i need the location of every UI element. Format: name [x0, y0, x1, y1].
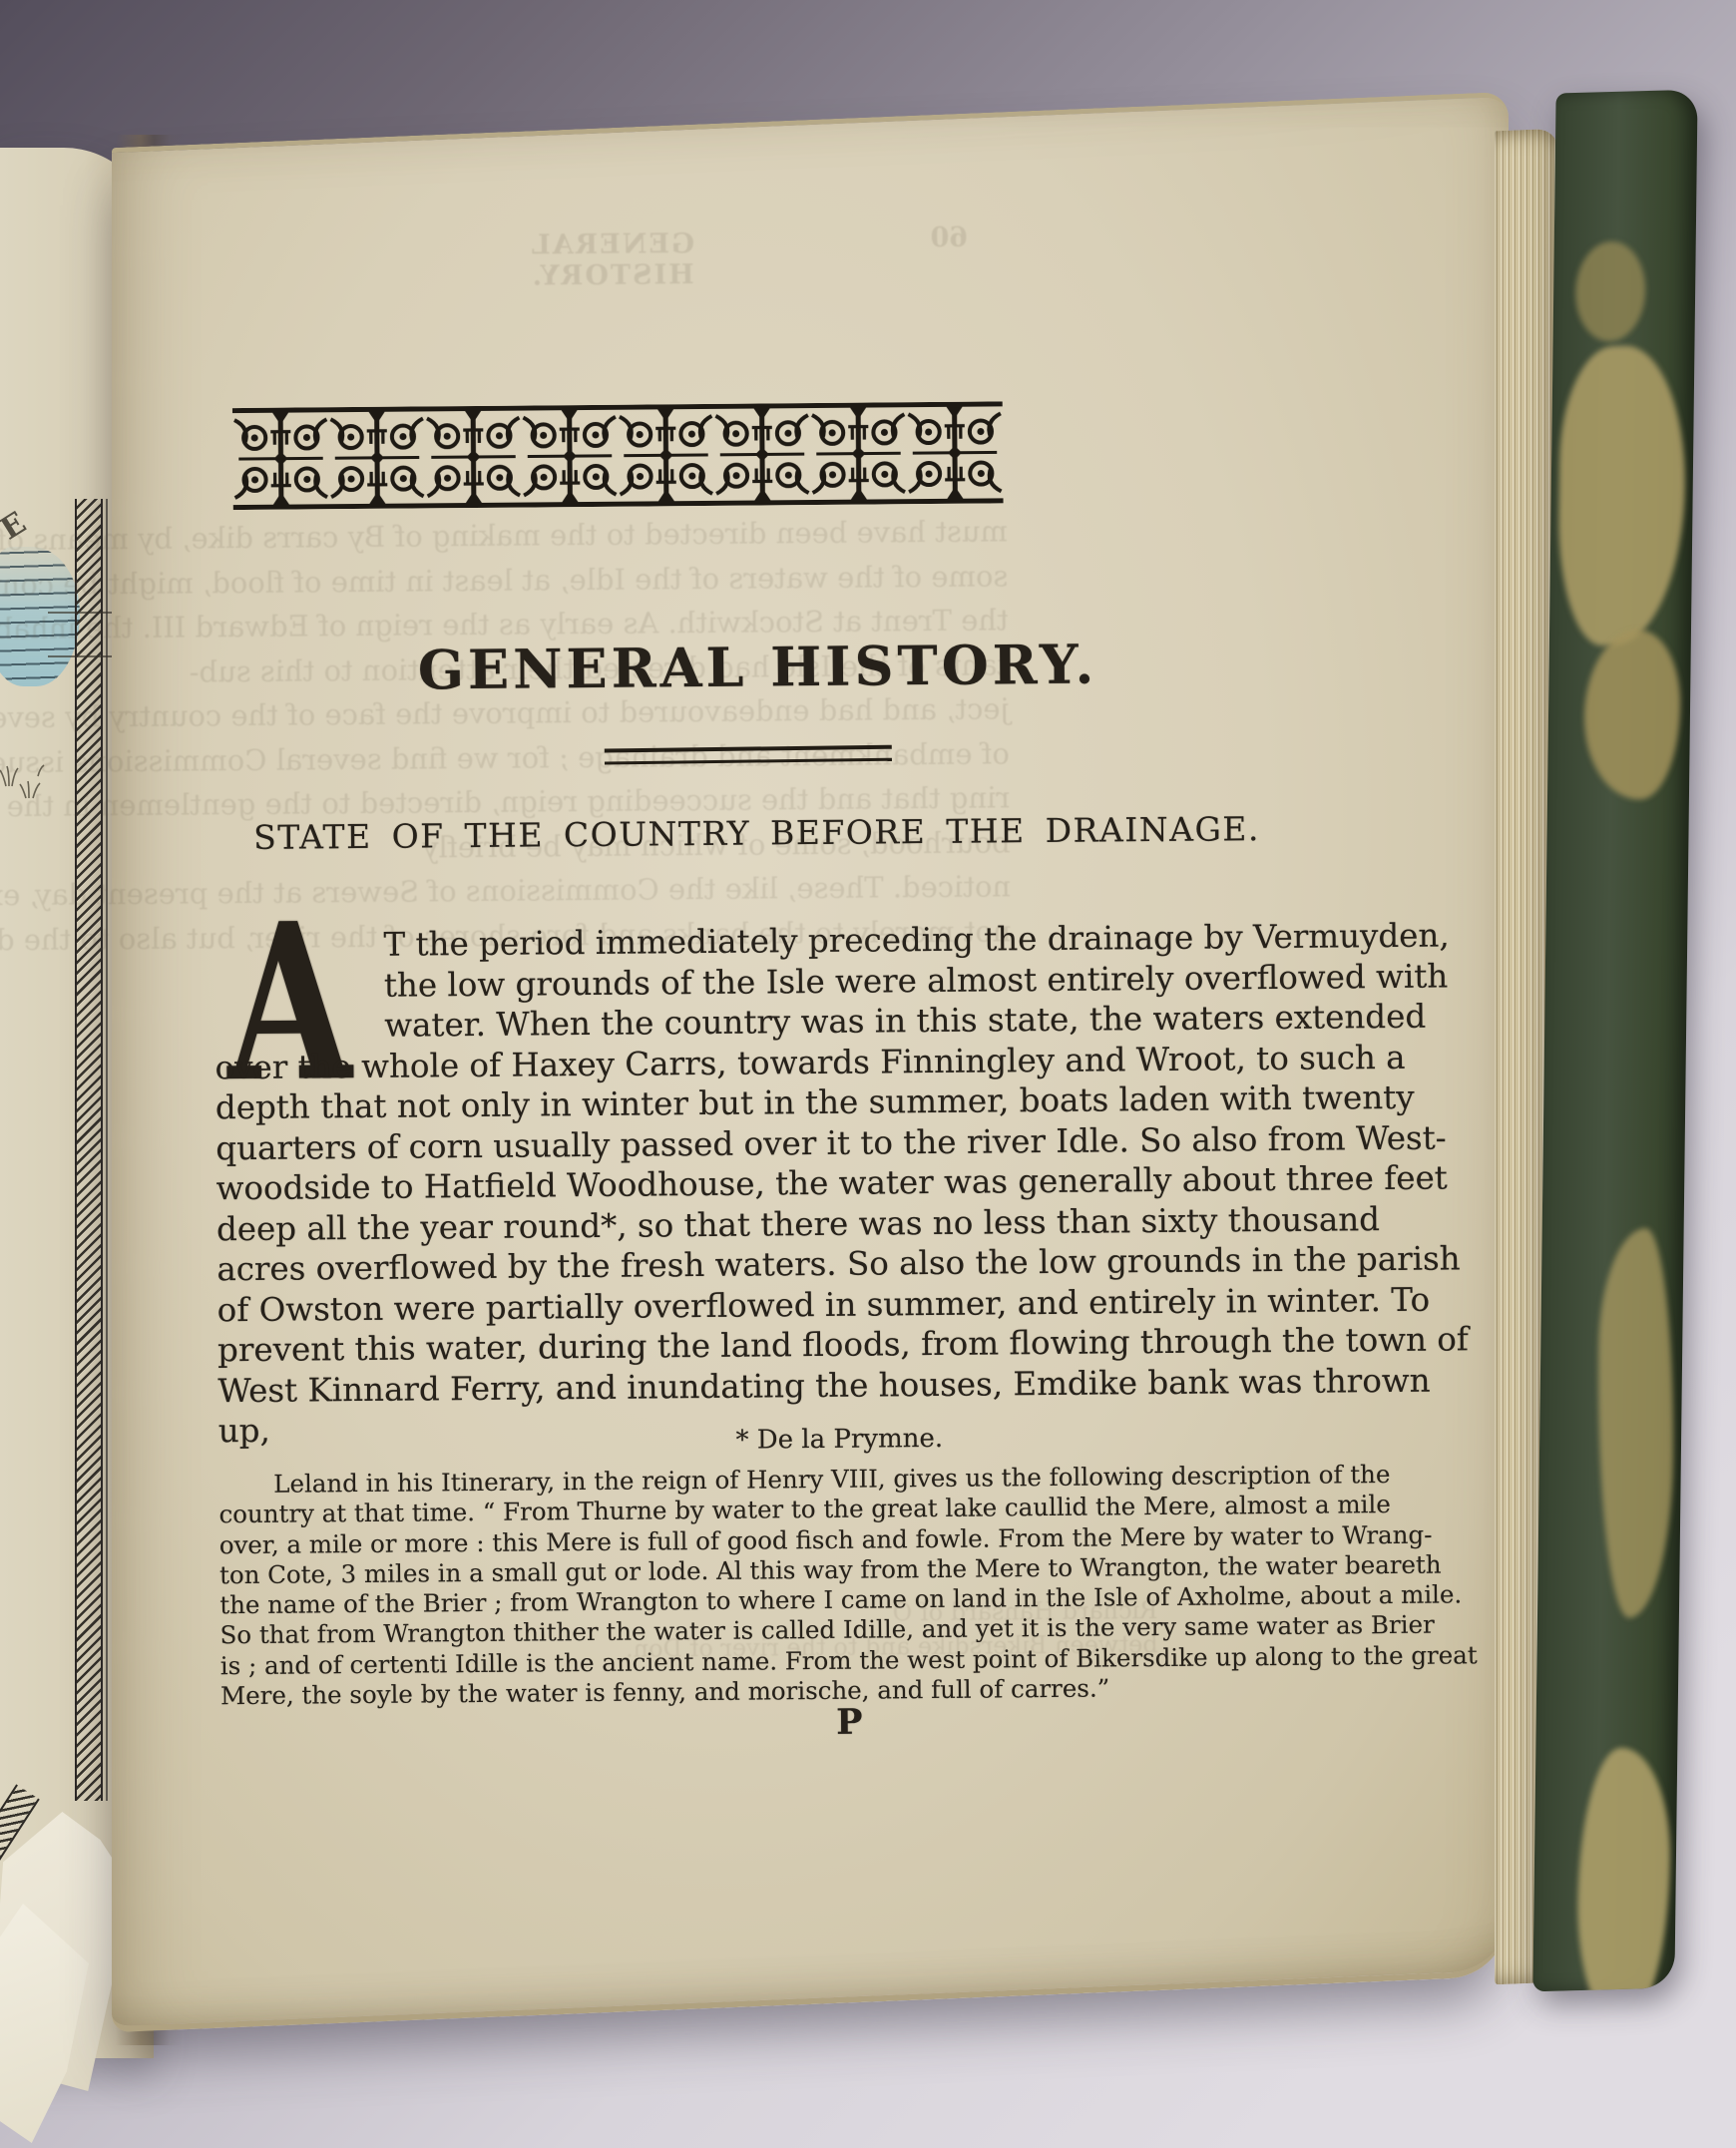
- cover-worn-patch: [1576, 1746, 1671, 1991]
- photo-scene: E GENERAL HISTORY. 60 must have been dir…: [0, 0, 1736, 2148]
- bleedthrough-page-number: 60: [919, 222, 979, 254]
- cover-worn-patch: [1595, 1227, 1676, 1618]
- signature-mark: P: [220, 1698, 1313, 1749]
- body-paragraph: T the period immediately preceding the d…: [214, 917, 1311, 1452]
- book-cover: [1532, 90, 1697, 1992]
- printed-content: GENERAL HISTORY. 60 must have been direc…: [0, 0, 1736, 2148]
- cover-worn-patch: [1575, 240, 1646, 342]
- page-title: GENERAL HISTORY.: [212, 631, 1305, 704]
- cover-worn-patch: [1557, 344, 1687, 647]
- ornament-band: [232, 401, 1004, 510]
- footnote-paragraph: Leland in his Itinerary, in the reign of…: [218, 1461, 1326, 1712]
- bleedthrough-running-head: GENERAL HISTORY.: [462, 227, 762, 292]
- cover-worn-patch: [1583, 629, 1681, 801]
